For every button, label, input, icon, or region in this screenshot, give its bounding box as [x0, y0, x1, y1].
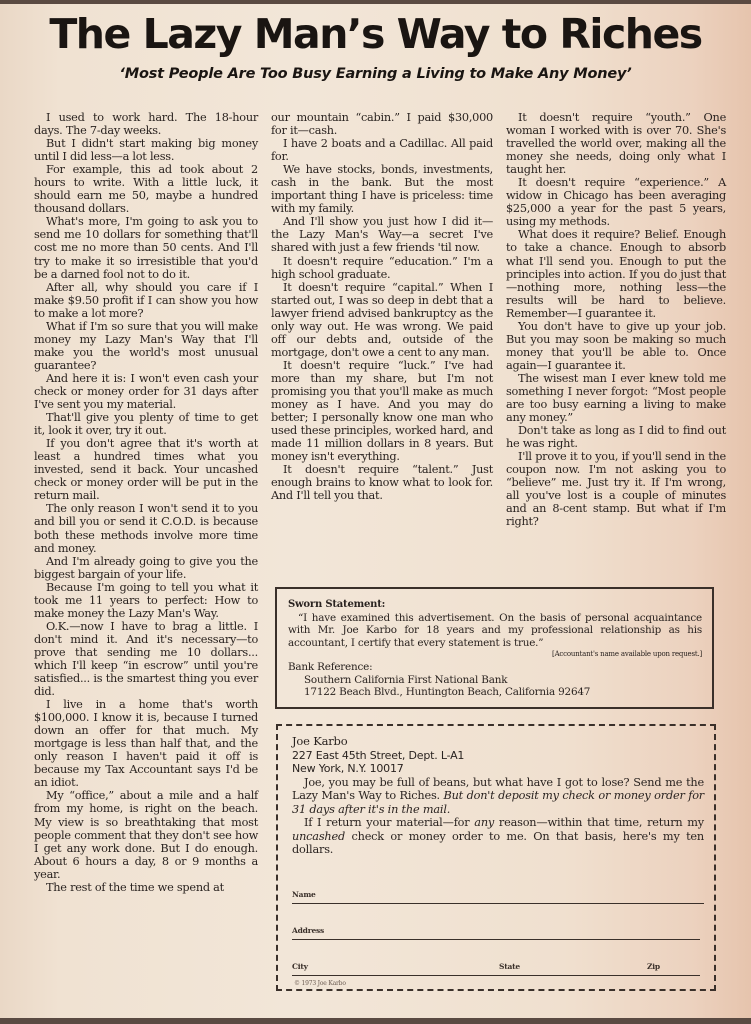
paragraph: You don't have to give up your job. But … [506, 320, 726, 372]
page-top-edge [0, 0, 751, 4]
coupon-paragraph-1: Joe, you may be full of beans, but what … [292, 776, 704, 817]
address-field[interactable]: Address [292, 925, 700, 940]
coupon-street: 227 East 45th Street, Dept. L-A1 [292, 749, 704, 763]
paragraph: The rest of the time we spend at [34, 881, 258, 894]
paragraph: We have stocks, bonds, investments, cash… [271, 163, 493, 215]
paragraph: It doesn't require “experience.” A widow… [506, 176, 726, 228]
paragraph: Don't take as long as I did to find out … [506, 424, 726, 450]
paragraph: If you don't agree that it's worth at le… [34, 437, 258, 502]
city-state-zip-field[interactable]: City State Zip [292, 961, 700, 976]
coupon-text: check or money order to me. On that basi… [292, 830, 704, 857]
paragraph: For example, this ad took about 2 hours … [34, 163, 258, 215]
sworn-statement-quote: “I have examined this advertisement. On … [288, 612, 702, 650]
city-field-label: City [292, 961, 308, 973]
body-column-2: our mountain “cabin.” I paid $30,000 for… [271, 111, 493, 502]
paragraph: My “office,” about a mile and a half fro… [34, 789, 258, 880]
name-field-label: Name [292, 890, 316, 899]
subheadline: ‘Most People Are Too Busy Earning a Livi… [0, 66, 751, 82]
paragraph: And here it is: I won't even cash your c… [34, 372, 258, 411]
paragraph: It doesn't require “youth.” One woman I … [506, 111, 726, 176]
coupon-recipient-name: Joe Karbo [292, 735, 704, 749]
paragraph: I have 2 boats and a Cadillac. All paid … [271, 137, 493, 163]
paragraph: After all, why should you care if I make… [34, 281, 258, 320]
paragraph: And I'm already going to give you the bi… [34, 555, 258, 581]
coupon-text-italic: uncashed [292, 830, 345, 843]
paragraph: What does it require? Belief. Enough to … [506, 228, 726, 319]
paragraph: our mountain “cabin.” I paid $30,000 for… [271, 111, 493, 137]
paragraph: The wisest man I ever knew told me somet… [506, 372, 726, 424]
paragraph: O.K.—now I have to brag a little. I don'… [34, 620, 258, 698]
paragraph: The only reason I won't send it to you a… [34, 502, 258, 554]
coupon-text: If I return your material—for [304, 816, 474, 829]
coupon-city-line: New York, N.Y. 10017 [292, 762, 704, 776]
paragraph: I'll prove it to you, if you'll send in … [506, 450, 726, 528]
paragraph: It doesn't require “education.” I'm a hi… [271, 255, 493, 281]
paragraph: And I'll show you just how I did it—the … [271, 215, 493, 254]
paragraph: It doesn't require “talent.” Just enough… [271, 463, 493, 502]
paragraph: But I didn't start making big money unti… [34, 137, 258, 163]
paragraph: That'll give you plenty of time to get i… [34, 411, 258, 437]
paragraph: Because I'm going to tell you what it to… [34, 581, 258, 620]
sworn-statement-box: Sworn Statement: “I have examined this a… [275, 587, 714, 709]
paragraph: It doesn't require “luck.” I've had more… [271, 359, 493, 463]
sworn-statement-title: Sworn Statement: [288, 599, 702, 612]
zip-field-label: Zip [647, 961, 660, 973]
coupon-text-italic: any [474, 816, 494, 829]
coupon-text: reason—within that time, return my [494, 816, 704, 829]
state-field-label: State [499, 961, 520, 973]
paragraph: I used to work hard. The 18-hour days. T… [34, 111, 258, 137]
page-bottom-edge [0, 1018, 751, 1024]
name-field[interactable]: Name [292, 889, 704, 904]
bank-address: 17122 Beach Blvd., Huntington Beach, Cal… [288, 686, 702, 699]
order-coupon: Joe Karbo 227 East 45th Street, Dept. L-… [276, 724, 716, 991]
paragraph: What's more, I'm going to ask you to sen… [34, 215, 258, 280]
paragraph: What if I'm so sure that you will make m… [34, 320, 258, 372]
address-field-label: Address [292, 926, 324, 935]
body-column-3: It doesn't require “youth.” One woman I … [506, 111, 726, 529]
copyright: © 1973 Joe Karbo [294, 977, 346, 991]
paragraph: It doesn't require “capital.” When I sta… [271, 281, 493, 359]
headline: The Lazy Man’s Way to Riches [0, 10, 751, 58]
bank-reference-label: Bank Reference: [288, 661, 702, 674]
coupon-paragraph-2: If I return your material—for any reason… [292, 816, 704, 857]
body-column-1: I used to work hard. The 18-hour days. T… [34, 111, 258, 894]
paragraph: I live in a home that's worth $100,000. … [34, 698, 258, 789]
accountant-note: [Accountant's name available upon reques… [288, 649, 702, 659]
bank-name: Southern California First National Bank [288, 674, 702, 687]
